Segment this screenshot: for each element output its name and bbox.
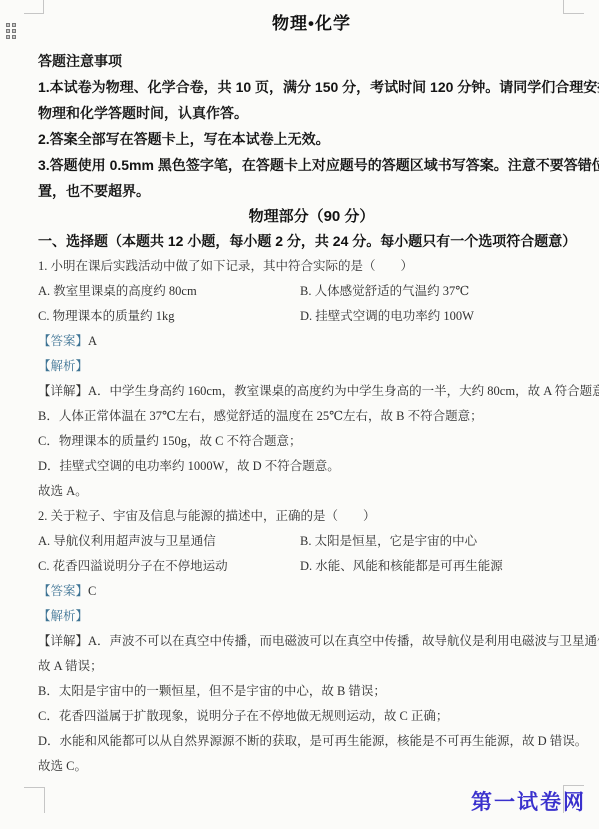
question-1-answer-line: 【答案】A [38,329,585,354]
notice-heading: 答题注意事项 [38,48,585,74]
question-2-conclusion: 故选 C。 [38,754,585,779]
question-1-detail-2: B．人体正常体温在 37℃左右，感觉舒适的温度在 25℃左右，故 B 不符合题意… [38,404,585,429]
question-2-detail-4: C．花香四溢属于扩散现象，说明分子在不停地做无规则运动，故 C 正确； [38,704,585,729]
drag-handle-dot [12,23,16,27]
question-1-detail-4: D．挂壁式空调的电功率约 1000W，故 D 不符合题意。 [38,454,585,479]
part-heading: 一、选择题（本题共 12 小题，每小题 2 分，共 24 分。每小题只有一个选项… [38,229,585,254]
question-1-option-b: B. 人体感觉舒适的气温约 37℃ [300,284,469,298]
question-2-detail-5: D．水能和风能都可以从自然界源源不断的获取，是可再生能源，核能是不可再生能源，故… [38,729,585,754]
question-1-answer-label: 【答案】 [38,334,88,348]
question-2-answer-line: 【答案】C [38,579,585,604]
question-1-stem: 1. 小明在课后实践活动中做了如下记录，其中符合实际的是（ ） [38,254,585,279]
notice-line-5: 置，也不要超界。 [38,178,585,204]
question-1-option-a: A. 教室里课桌的高度约 80cm [38,279,300,304]
question-1-detail-3: C．物理课本的质量约 150g，故 C 不符合题意； [38,429,585,454]
notice-line-2: 物理和化学答题时间，认真作答。 [38,100,585,126]
question-2-option-b: B. 太阳是恒星，它是宇宙的中心 [300,534,477,548]
margin-mark-bottom-left [24,787,45,813]
question-2-detail-1: 【详解】A．声波不可以在真空中传播，而电磁波可以在真空中传播，故导航仪是利用电磁… [38,629,585,654]
question-2-answer-label: 【答案】 [38,584,88,598]
notice-block: 答题注意事项 1.本试卷为物理、化学合卷，共 10 页，满分 150 分，考试时… [38,48,585,204]
section-heading: 物理部分（90 分） [38,204,585,229]
drag-handle-dot [6,29,10,33]
question-1-option-d: D. 挂壁式空调的电功率约 100W [300,309,474,323]
document-page: 物理•化学 答题注意事项 1.本试卷为物理、化学合卷，共 10 页，满分 150… [0,0,599,829]
question-1-answer-value: A [88,334,97,348]
question-2-options-row-2: C. 花香四溢说明分子在不停地运动D. 水能、风能和核能都是可再生能源 [38,554,585,579]
question-1-options-row-2: C. 物理课本的质量约 1kgD. 挂壁式空调的电功率约 100W [38,304,585,329]
question-2-analysis-line: 【解析】 [38,604,585,629]
question-2-detail-2: 故 A 错误； [38,654,585,679]
question-1-conclusion: 故选 A。 [38,479,585,504]
drag-handle-dot [6,35,10,39]
question-2-options-row-1: A. 导航仪利用超声波与卫星通信B. 太阳是恒星，它是宇宙的中心 [38,529,585,554]
question-2-block: 2. 关于粒子、宇宙及信息与能源的描述中，正确的是（ ） A. 导航仪利用超声波… [38,504,585,779]
drag-handle-dot [12,29,16,33]
question-2-answer-value: C [88,584,96,598]
question-2-option-d: D. 水能、风能和核能都是可再生能源 [300,559,503,573]
notice-line-4: 3.答题使用 0.5mm 黑色签字笔，在答题卡上对应题号的答题区域书写答案。注意… [38,152,585,178]
question-1-analysis-label: 【解析】 [38,359,88,373]
question-2-analysis-label: 【解析】 [38,609,88,623]
document-body: 物理•化学 答题注意事项 1.本试卷为物理、化学合卷，共 10 页，满分 150… [38,12,585,779]
question-1-detail-1: 【详解】A．中学生身高约 160cm，教室课桌的高度约为中学生身高的一半，大约 … [38,379,585,404]
question-1-option-c: C. 物理课本的质量约 1kg [38,304,300,329]
notice-line-1: 1.本试卷为物理、化学合卷，共 10 页，满分 150 分，考试时间 120 分… [38,74,585,100]
question-2-option-a: A. 导航仪利用超声波与卫星通信 [38,529,300,554]
watermark-logo[interactable]: 第一试卷网 [471,786,586,816]
question-2-option-c: C. 花香四溢说明分子在不停地运动 [38,554,300,579]
drag-handle-dot [12,35,16,39]
question-2-detail-3: B．太阳是宇宙中的一颗恒星，但不是宇宙的中心，故 B 错误； [38,679,585,704]
question-1-analysis-line: 【解析】 [38,354,585,379]
drag-handle-dot [6,23,10,27]
notice-line-3: 2.答案全部写在答题卡上，写在本试卷上无效。 [38,126,585,152]
page-title: 物理•化学 [38,12,585,36]
drag-handle-icon[interactable] [6,23,16,39]
question-1-block: 1. 小明在课后实践活动中做了如下记录，其中符合实际的是（ ） A. 教室里课桌… [38,254,585,504]
question-1-options-row-1: A. 教室里课桌的高度约 80cmB. 人体感觉舒适的气温约 37℃ [38,279,585,304]
question-2-stem: 2. 关于粒子、宇宙及信息与能源的描述中，正确的是（ ） [38,504,585,529]
